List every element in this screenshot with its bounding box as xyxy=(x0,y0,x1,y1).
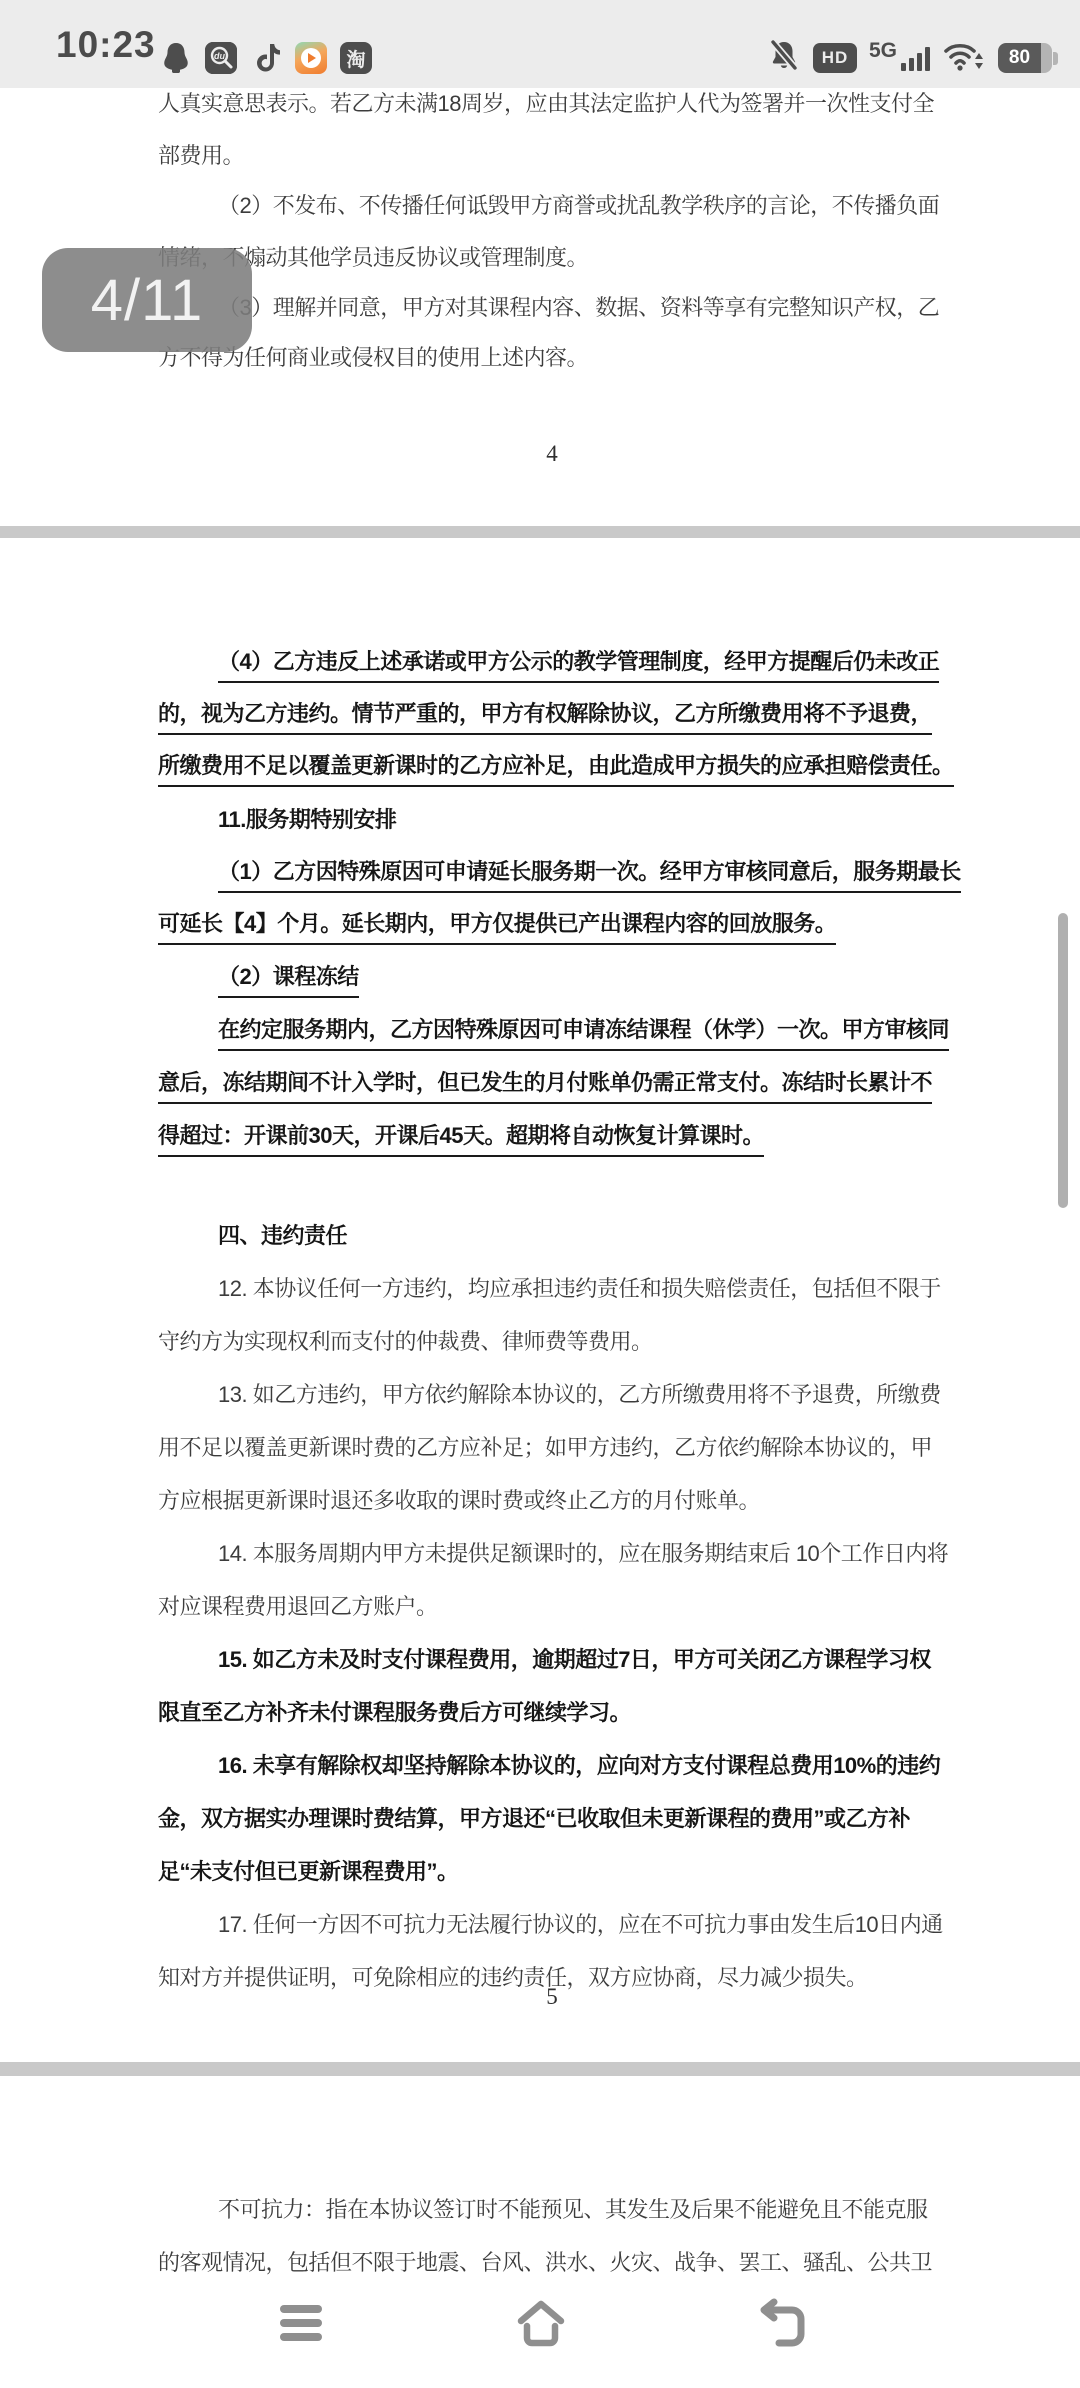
clock: 10:23 xyxy=(56,24,156,66)
menu-bar xyxy=(280,2319,322,2327)
notification-icons: du 淘 xyxy=(160,41,372,75)
document-line: 足“未支付但已更新课程费用”。 xyxy=(158,1858,459,1886)
navigation-bar xyxy=(0,2278,1080,2388)
network-type-label: 5G xyxy=(869,39,897,63)
status-bar: 10:23 du xyxy=(0,0,1080,88)
home-icon xyxy=(513,2338,569,2353)
document-line: （1）乙方因特殊原因可申请延长服务期一次。经甲方审核同意后，服务期最长 xyxy=(218,858,961,893)
battery-nub xyxy=(1053,52,1058,65)
document-line: 对应课程费用退回乙方账户。 xyxy=(158,1593,438,1621)
document-line: 14. 本服务周期内甲方未提供足额课时的，应在服务期结束后 10个工作日内将 xyxy=(218,1540,948,1568)
signal-bars-icon xyxy=(901,45,930,71)
page-number-footer: 4 xyxy=(0,441,1080,467)
document-line: 限直至乙方补齐未付课程服务费后方可继续学习。 xyxy=(158,1699,631,1727)
document-line: 人真实意思表示。若乙方未满18周岁，应由其法定监护人代为签署并一次性支付全 xyxy=(158,90,934,118)
document-line: 17. 任何一方因不可抗力无法履行协议的，应在不可抗力事由发生后10日内通 xyxy=(218,1911,943,1939)
play-disc xyxy=(301,48,321,68)
taobao-icon: 淘 xyxy=(340,42,372,74)
document-line: （2）课程冻结 xyxy=(218,963,359,998)
document-line: 用不足以覆盖更新课时费的乙方应补足；如甲方违约，乙方依约解除本协议的，甲 xyxy=(158,1434,932,1462)
document-line: 11.服务期特别安排 xyxy=(218,806,396,834)
wifi-icon xyxy=(942,39,986,78)
document-line: 方应根据更新课时退还多收取的课时费或终止乙方的月付账单。 xyxy=(158,1487,760,1515)
document-line: 的，视为乙方违约。情节严重的，甲方有权解除协议，乙方所缴费用将不予退费， xyxy=(158,700,932,735)
document-line: 12. 本协议任何一方违约，均应承担违约责任和损失赔偿责任，包括但不限于 xyxy=(218,1275,941,1303)
document-line: （2）不发布、不传播任何诋毁甲方商誉或扰乱教学秩序的言论，不传播负面 xyxy=(218,192,939,220)
battery-shell: 80 xyxy=(998,43,1052,73)
menu-bar xyxy=(280,2333,322,2341)
document-line: （4）乙方违反上述承诺或甲方公示的教学管理制度，经甲方提醒后仍未改正 xyxy=(218,648,939,683)
document-line: 守约方为实现权利而支付的仲裁费、律师费等费用。 xyxy=(158,1328,653,1356)
scrollbar-thumb[interactable] xyxy=(1058,913,1068,1208)
menu-bar xyxy=(280,2305,322,2313)
xigua-video-icon xyxy=(295,42,327,74)
document-line: 金，双方据实办理课时费结算，甲方退还“已收取但未更新课程的费用”或乙方补 xyxy=(158,1805,910,1833)
battery-percent: 80 xyxy=(1009,47,1030,69)
battery-indicator: 80 xyxy=(998,43,1060,73)
hd-badge: HD xyxy=(813,43,857,73)
document-line: 15. 如乙方未及时支付课程费用，逾期超过7日，甲方可关闭乙方课程学习权 xyxy=(218,1646,931,1674)
document-line: 四、违约责任 xyxy=(218,1222,347,1250)
document-line: 13. 如乙方违约，甲方依约解除本协议的，乙方所缴费用将不予退费，所缴费 xyxy=(218,1381,941,1409)
phone-screen: 10:23 du xyxy=(0,0,1080,2388)
document-line: 不可抗力：指在本协议签订时不能预见、其发生及后果不能避免且不能克服 xyxy=(218,2196,928,2224)
baidu-icon: du xyxy=(205,42,237,74)
douyin-icon xyxy=(250,42,282,74)
document-line: 得超过：开课前30天，开课后45天。超期将自动恢复计算课时。 xyxy=(158,1122,764,1157)
document-line: 的客观情况，包括但不限于地震、台风、洪水、火灾、战争、罢工、骚乱、公共卫 xyxy=(158,2249,932,2277)
document-line: 意后，冻结期间不计入学时，但已发生的月付账单仍需正常支付。冻结时长累计不 xyxy=(158,1069,932,1104)
qq-icon xyxy=(160,42,192,74)
play-triangle-icon xyxy=(308,53,316,63)
home-button[interactable] xyxy=(513,2296,569,2353)
document-line: 在约定服务期内，乙方因特殊原因可申请冻结课程（休学）一次。甲方审核同 xyxy=(218,1016,949,1051)
status-indicators: HD 5G xyxy=(767,38,1060,78)
cellular-signal: 5G xyxy=(869,45,930,71)
document-line: 所缴费用不足以覆盖更新课时的乙方应补足，由此造成甲方损失的应承担赔偿责任。 xyxy=(158,752,954,787)
page-number-footer: 5 xyxy=(0,1984,1080,2010)
baidu-du-glyph: du xyxy=(214,51,225,61)
document-line: （3）理解并同意，甲方对其课程内容、数据、资料等享有完整知识产权，乙 xyxy=(218,294,939,322)
document-line: 部费用。 xyxy=(158,142,244,170)
mute-bell-icon xyxy=(767,39,801,78)
recents-menu-button[interactable] xyxy=(280,2305,322,2341)
battery-fill: 80 xyxy=(998,43,1041,73)
back-button[interactable] xyxy=(752,2298,810,2353)
back-icon xyxy=(752,2338,810,2353)
page-indicator-label: 4/11 xyxy=(91,267,204,334)
document-line: 16. 未享有解除权却坚持解除本协议的，应向对方支付课程总费用10%的违约 xyxy=(218,1752,940,1780)
document-line: 可延长【4】个月。延长期内，甲方仅提供已产出课程内容的回放服务。 xyxy=(158,910,836,945)
page-indicator-toast: 4/11 xyxy=(42,248,252,352)
